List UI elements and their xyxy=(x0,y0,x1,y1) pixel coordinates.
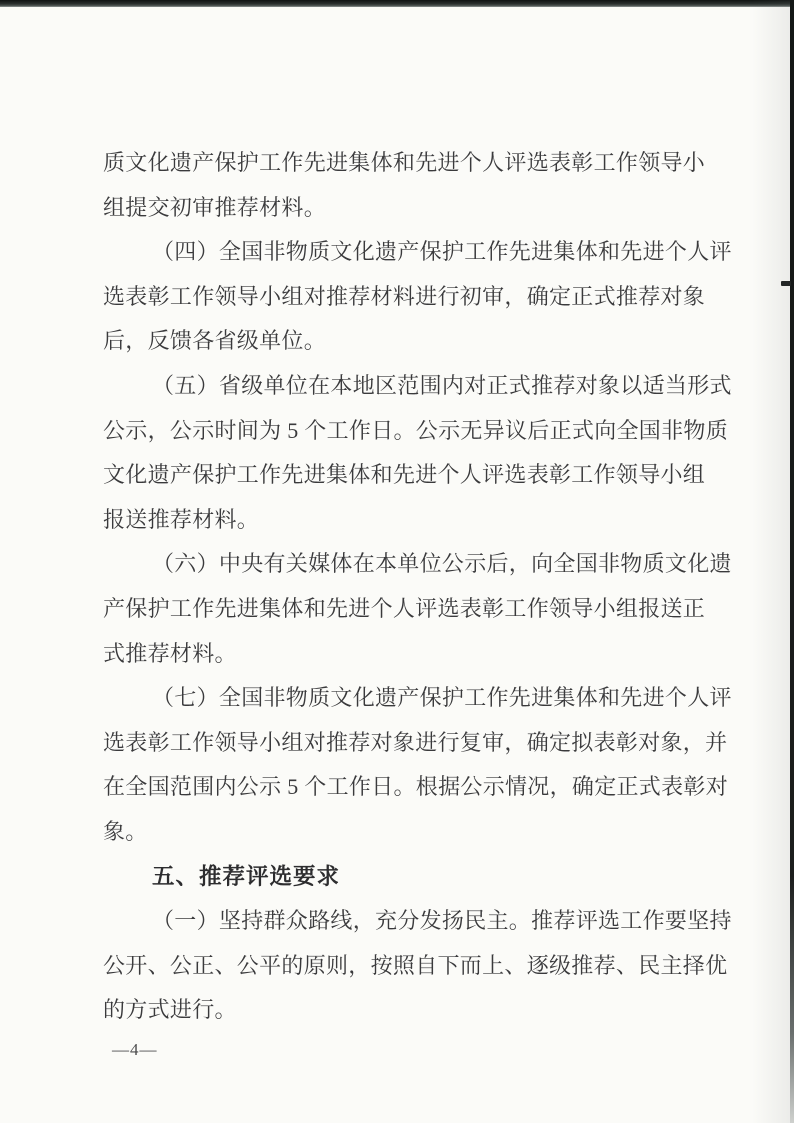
text-line: 报送推荐材料。 xyxy=(103,498,704,543)
page-number: —4— xyxy=(112,1040,158,1060)
scan-artifact-right-notch xyxy=(781,281,791,286)
scan-artifact-right-edge xyxy=(790,0,794,1123)
text-line: （四）全国非物质文化遗产保护工作先进集体和先进个人评 xyxy=(103,230,704,275)
text-line: 组提交初审推荐材料。 xyxy=(103,186,704,231)
scanned-page: 质文化遗产保护工作先进集体和先进个人评选表彰工作领导小组提交初审推荐材料。（四）… xyxy=(0,0,794,1123)
text-line: 产保护工作先进集体和先进个人评选表彰工作领导小组报送正 xyxy=(103,587,704,632)
heading-line: 五、推荐评选要求 xyxy=(103,855,704,900)
paragraph: （四）全国非物质文化遗产保护工作先进集体和先进个人评选表彰工作领导小组对推荐材料… xyxy=(103,230,704,364)
scan-artifact-right-shade xyxy=(752,0,790,1123)
text-line: 公示，公示时间为 5 个工作日。公示无异议后正式向全国非物质 xyxy=(103,409,704,454)
scan-artifact-top-edge xyxy=(0,0,794,7)
paragraph: （六）中央有关媒体在本单位公示后，向全国非物质文化遗产保护工作先进集体和先进个人… xyxy=(103,542,704,676)
document-body: 质文化遗产保护工作先进集体和先进个人评选表彰工作领导小组提交初审推荐材料。（四）… xyxy=(103,141,704,1033)
text-line: （六）中央有关媒体在本单位公示后，向全国非物质文化遗 xyxy=(103,542,704,587)
paragraph: 质文化遗产保护工作先进集体和先进个人评选表彰工作领导小组提交初审推荐材料。 xyxy=(103,141,704,230)
paragraph: （一）坚持群众路线，充分发扬民主。推荐评选工作要坚持公开、公正、公平的原则，按照… xyxy=(103,899,704,1033)
section-heading: 五、推荐评选要求 xyxy=(103,855,704,900)
text-line: 公开、公正、公平的原则，按照自下而上、逐级推荐、民主择优 xyxy=(103,944,704,989)
text-line: （一）坚持群众路线，充分发扬民主。推荐评选工作要坚持 xyxy=(103,899,704,944)
text-line: 选表彰工作领导小组对推荐对象进行复审，确定拟表彰对象，并 xyxy=(103,721,704,766)
text-line: （七）全国非物质文化遗产保护工作先进集体和先进个人评 xyxy=(103,676,704,721)
text-line: 质文化遗产保护工作先进集体和先进个人评选表彰工作领导小 xyxy=(103,141,704,186)
text-line: （五）省级单位在本地区范围内对正式推荐对象以适当形式 xyxy=(103,364,704,409)
text-line: 在全国范围内公示 5 个工作日。根据公示情况，确定正式表彰对 xyxy=(103,765,704,810)
text-line: 象。 xyxy=(103,810,704,855)
text-line: 文化遗产保护工作先进集体和先进个人评选表彰工作领导小组 xyxy=(103,453,704,498)
paragraph: （七）全国非物质文化遗产保护工作先进集体和先进个人评选表彰工作领导小组对推荐对象… xyxy=(103,676,704,854)
text-line: 的方式进行。 xyxy=(103,988,704,1033)
text-line: 式推荐材料。 xyxy=(103,632,704,677)
text-line: 后，反馈各省级单位。 xyxy=(103,319,704,364)
text-line: 选表彰工作领导小组对推荐材料进行初审，确定正式推荐对象 xyxy=(103,275,704,320)
paragraph: （五）省级单位在本地区范围内对正式推荐对象以适当形式公示，公示时间为 5 个工作… xyxy=(103,364,704,542)
